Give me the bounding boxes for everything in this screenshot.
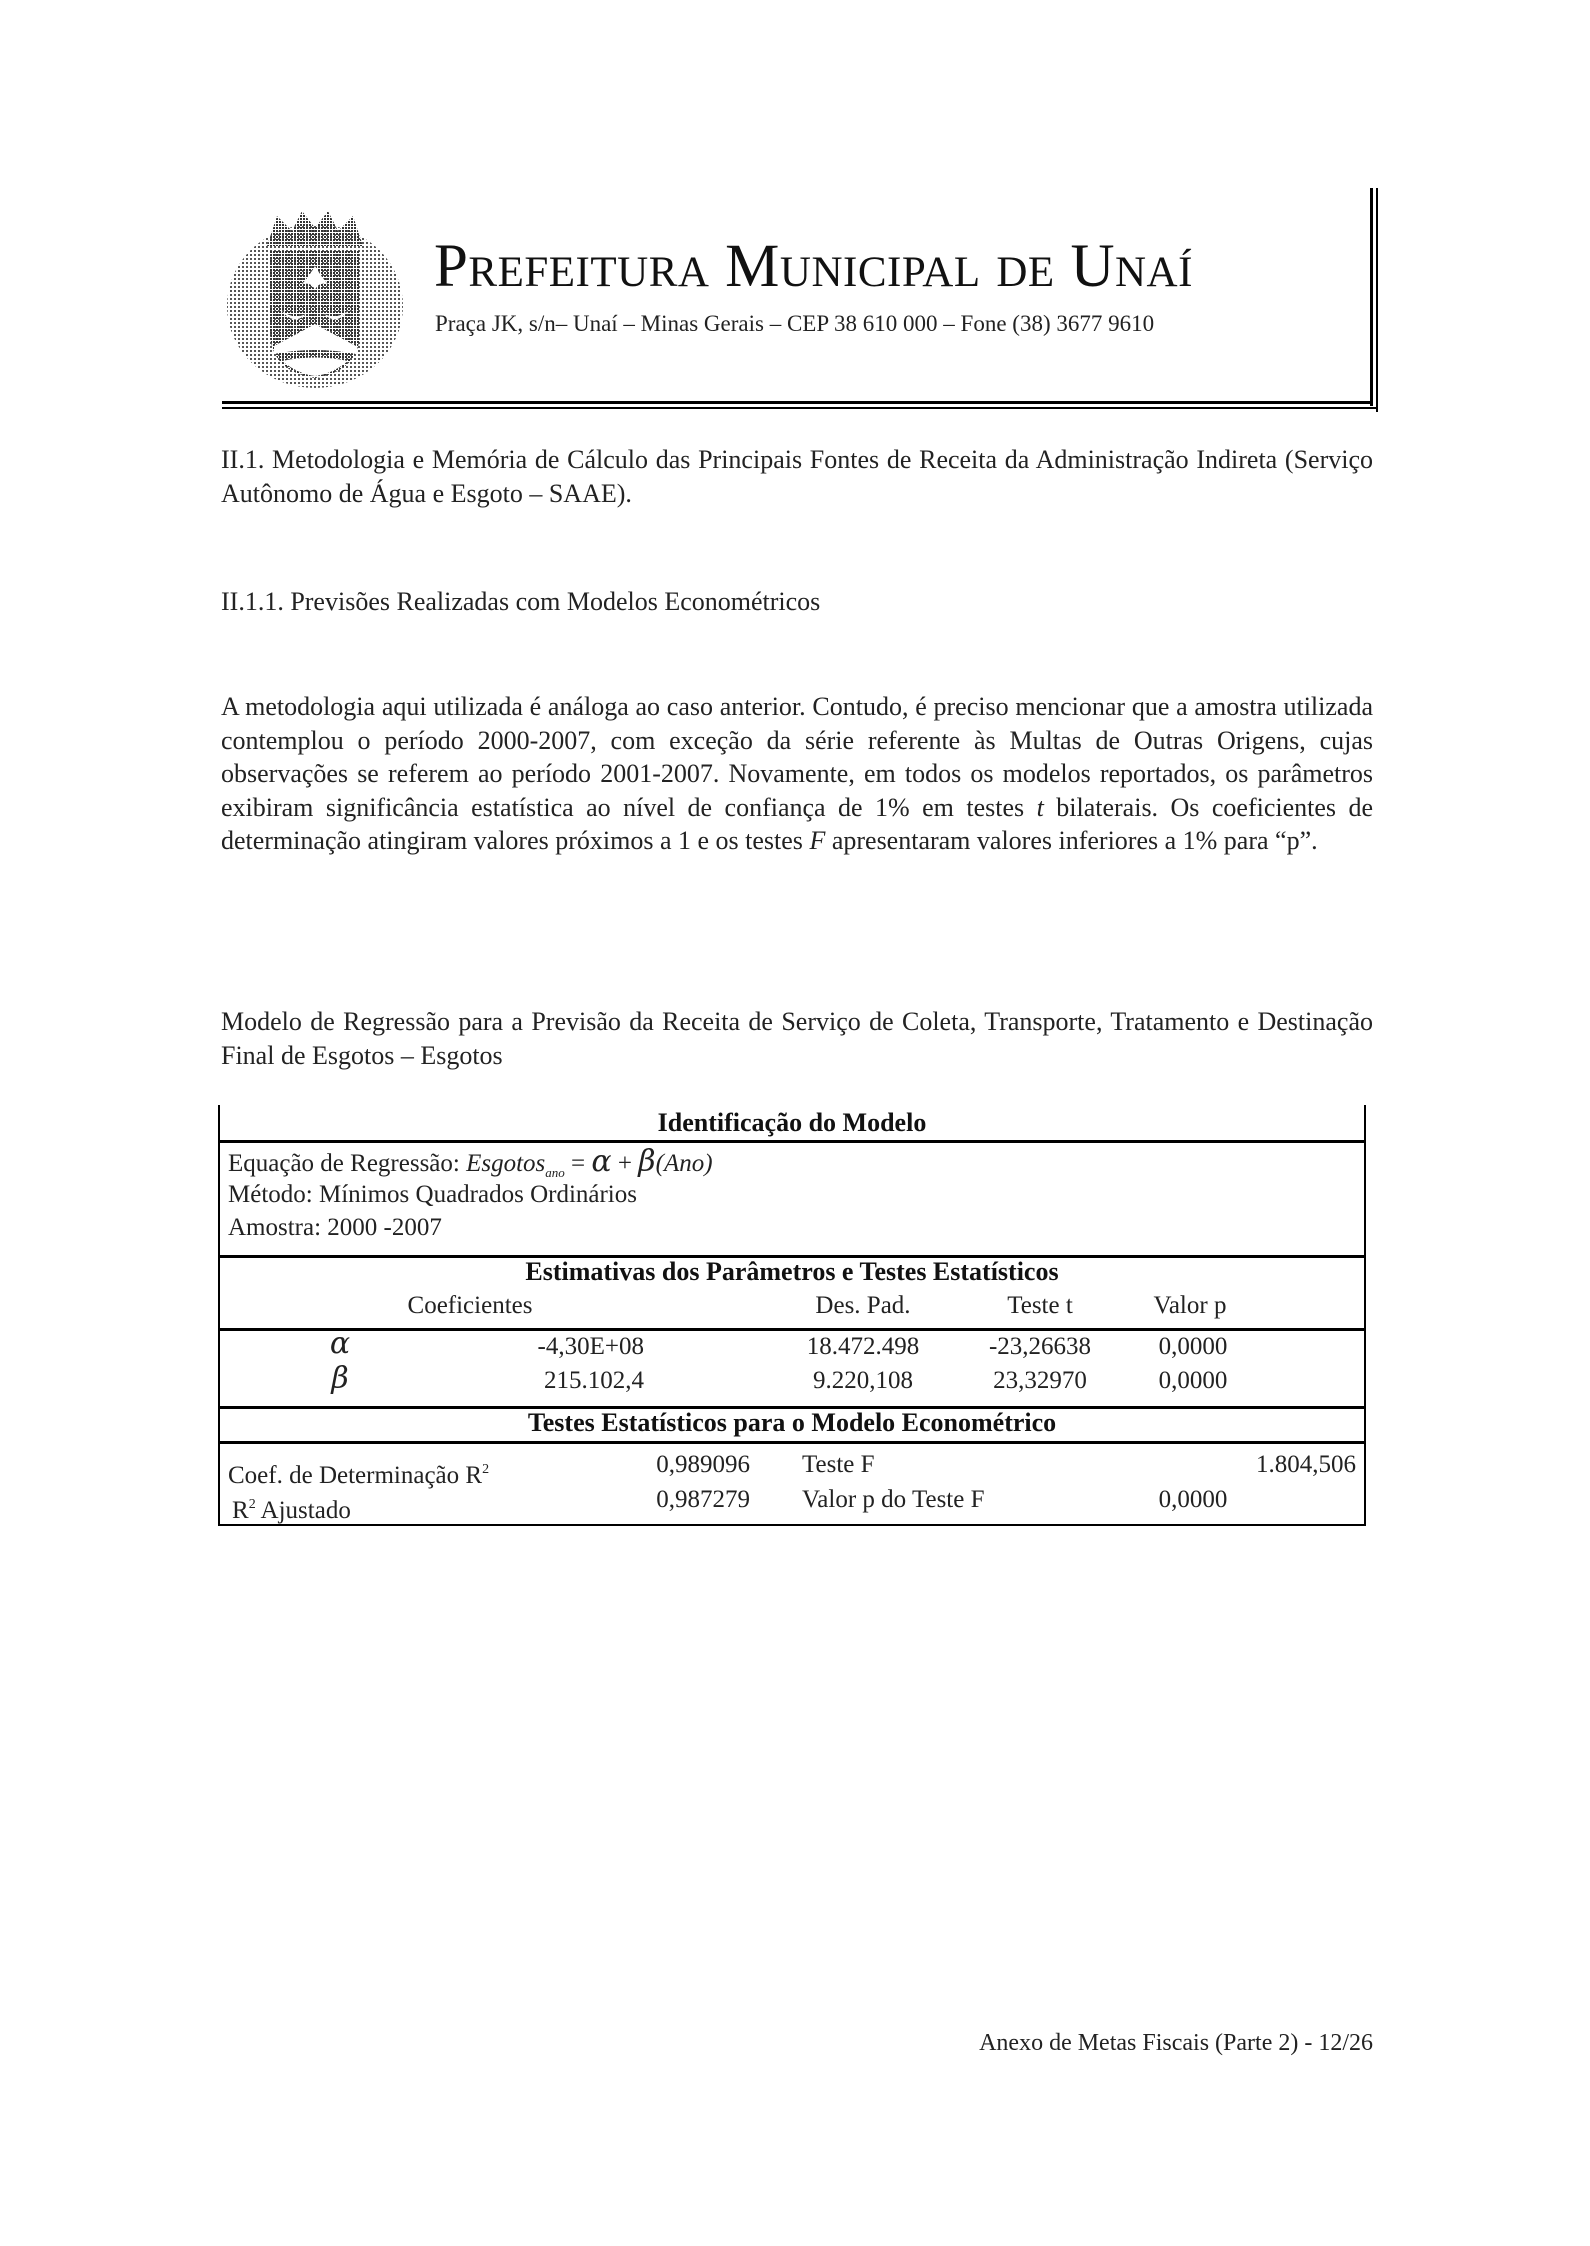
f-test-value: 1.804,506	[1120, 1450, 1356, 1480]
p-alpha: 0,0000	[1113, 1332, 1273, 1362]
regression-table: Identificação do Modelo Equação de Regre…	[218, 1105, 1366, 1526]
superscript: 2	[482, 1462, 489, 1477]
equals-sign: =	[565, 1150, 592, 1177]
estimates-title: Estimativas dos Parâmetros e Testes Esta…	[220, 1257, 1364, 1287]
alpha-symbol: α	[591, 1144, 611, 1179]
adj-r2-label-text: Ajustado	[256, 1497, 351, 1524]
paragraph-text: apresentaram valores inferiores a 1% par…	[825, 826, 1317, 855]
equation-label: Equação de Regressão:	[228, 1150, 466, 1177]
header-border-bottom	[222, 401, 1373, 404]
municipality-address: Praça JK, s/n– Unaí – Minas Gerais – CEP…	[435, 309, 1154, 339]
beta-symbol: β	[638, 1144, 655, 1179]
table-rule	[220, 1441, 1364, 1444]
f-test-label: Teste F	[802, 1450, 875, 1480]
header-border-right-outer	[1376, 188, 1378, 412]
municipality-title: Prefeitura Municipal de Unaí	[434, 232, 1193, 302]
param-beta: β	[310, 1364, 370, 1394]
municipal-crest-icon	[222, 206, 408, 394]
col-header-valor-p: Valor p	[1110, 1291, 1270, 1321]
adj-r2-label: R2 Ajustado	[232, 1490, 351, 1526]
col-header-teste-t: Teste t	[960, 1291, 1120, 1321]
page-footer: Anexo de Metas Fiscais (Parte 2) - 12/26	[870, 2030, 1373, 2057]
t-alpha: -23,26638	[960, 1332, 1120, 1362]
t-symbol: t	[1037, 793, 1044, 822]
plus-sign: +	[612, 1150, 639, 1177]
p-beta: 0,0000	[1113, 1366, 1273, 1396]
sample-text: Amostra: 2000 -2007	[228, 1213, 442, 1243]
method-text: Método: Mínimos Quadrados Ordinários	[228, 1180, 637, 1210]
coef-alpha: -4,30E+08	[520, 1332, 644, 1362]
t-beta: 23,32970	[960, 1366, 1120, 1396]
std-beta: 9.220,108	[783, 1366, 943, 1396]
coef-beta: 215.102,4	[520, 1366, 644, 1396]
param-alpha: α	[310, 1329, 370, 1359]
table-rule	[220, 1328, 1364, 1331]
subsection-heading: II.1.1. Previsões Realizadas com Modelos…	[221, 585, 1373, 619]
r2-label-text: Coef. de Determinação R	[228, 1462, 482, 1489]
tests-title: Testes Estatísticos para o Modelo Econom…	[220, 1408, 1364, 1438]
r2-value: 0,989096	[520, 1450, 750, 1480]
superscript: 2	[249, 1497, 256, 1512]
std-alpha: 18.472.498	[783, 1332, 943, 1362]
section-heading: II.1. Metodologia e Memória de Cálculo d…	[221, 443, 1373, 510]
identification-title: Identificação do Modelo	[220, 1108, 1364, 1138]
table-caption: Modelo de Regressão para a Previsão da R…	[221, 1005, 1373, 1072]
equation-argument: (Ano)	[656, 1150, 713, 1177]
f-test-p-label: Valor p do Teste F	[802, 1485, 985, 1515]
equation-subscript: ano	[545, 1165, 565, 1180]
methodology-paragraph: A metodologia aqui utilizada é análoga a…	[221, 690, 1373, 858]
adj-r2-prefix: R	[232, 1497, 249, 1524]
header-border-right	[1370, 188, 1373, 406]
f-test-p-value: 0,0000	[1113, 1485, 1273, 1515]
equation-lhs: Esgotos	[466, 1150, 545, 1177]
header-border-bottom-outer	[222, 407, 1378, 409]
table-rule	[220, 1140, 1364, 1143]
f-symbol: F	[809, 826, 825, 855]
adj-r2-value: 0,987279	[520, 1485, 750, 1515]
r2-label: Coef. de Determinação R2	[228, 1455, 489, 1491]
col-header-coeficientes: Coeficientes	[360, 1291, 580, 1321]
col-header-des-pad: Des. Pad.	[783, 1291, 943, 1321]
